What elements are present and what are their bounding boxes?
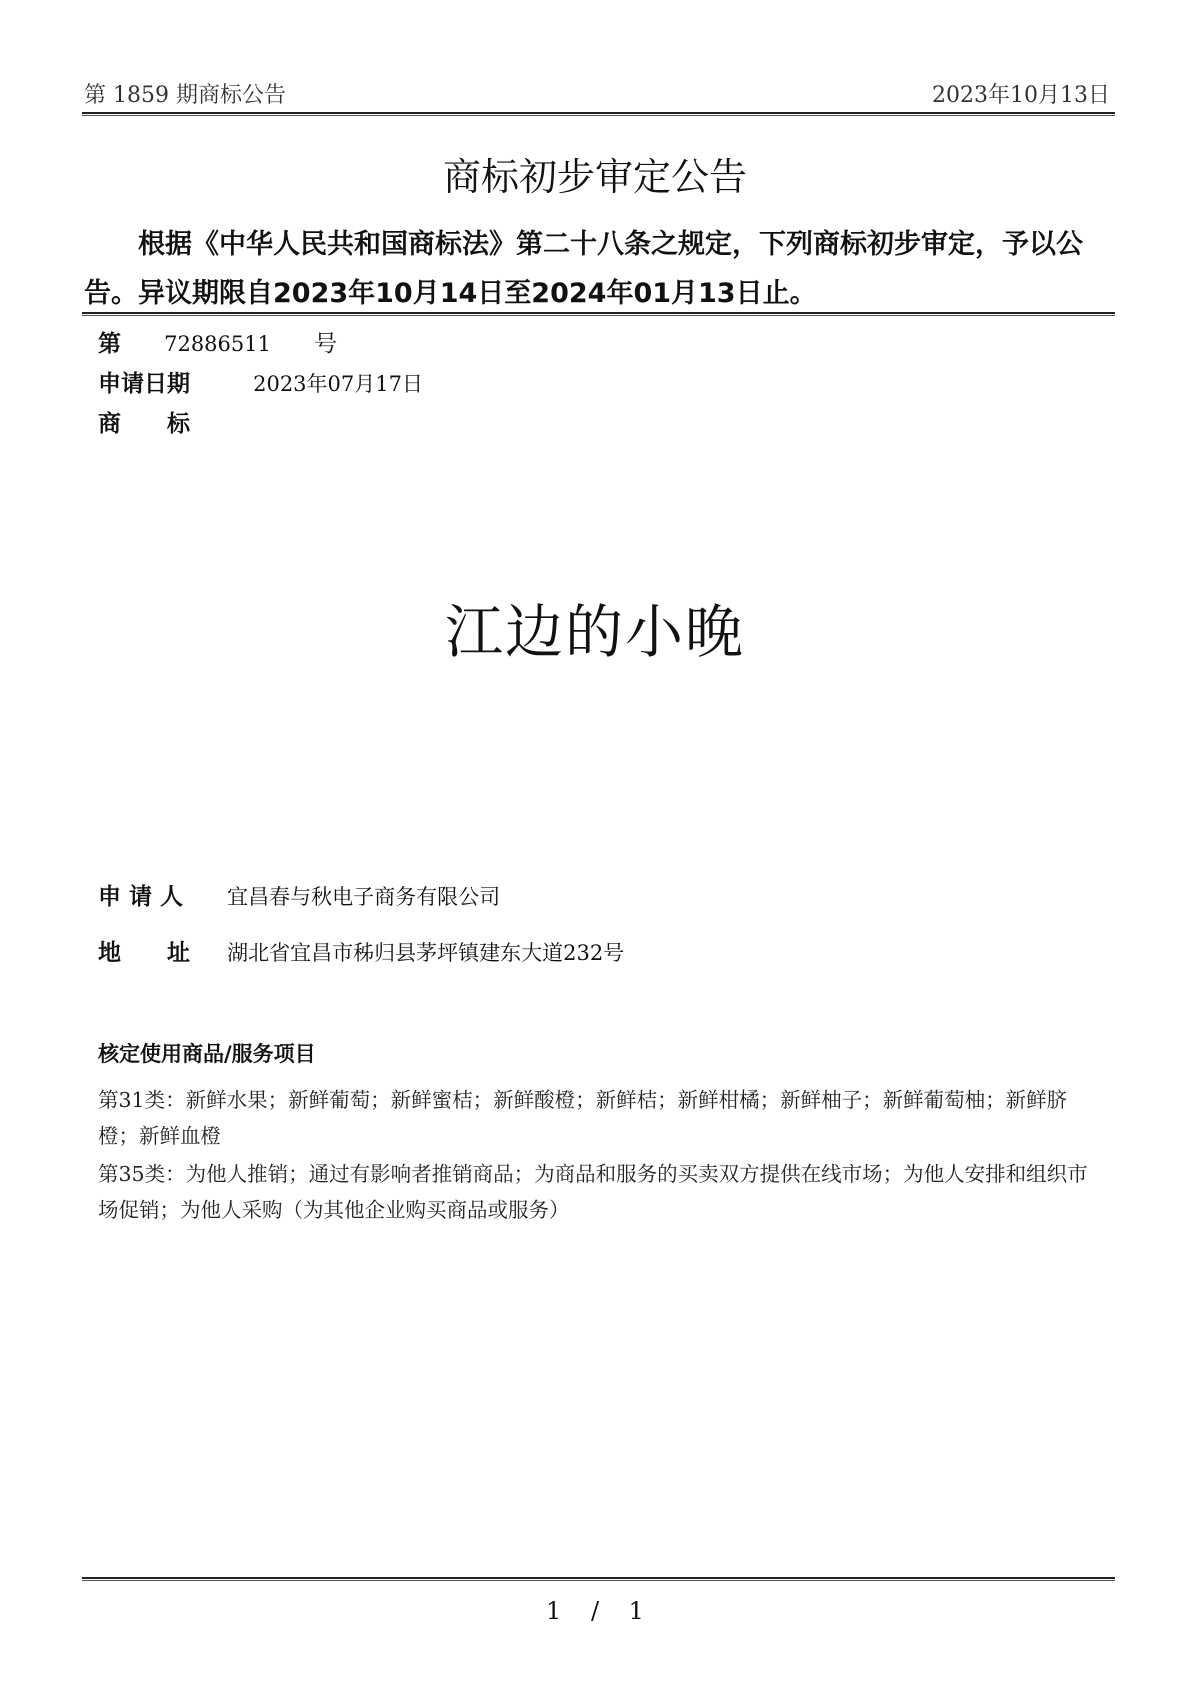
header-divider [82, 112, 1115, 116]
number-suffix: 号 [314, 331, 337, 357]
class-35-services: 第35类：为他人推销；通过有影响者推销商品；为商品和服务的买卖双方提供在线市场；… [98, 1156, 1108, 1228]
issue-number: 第 1859 期商标公告 [84, 78, 286, 109]
application-date-row: 申请日期 2023年07月17日 [98, 365, 423, 398]
applicant-name: 宜昌春与秋电子商务有限公司 [227, 885, 500, 909]
page-indicator: 1 / 1 [0, 1597, 1190, 1625]
address-row: 地 址 湖北省宜昌市秭归县茅坪镇建东大道232号 [98, 934, 624, 967]
header-date: 2023年10月13日 [932, 78, 1110, 109]
application-date: 2023年07月17日 [253, 372, 423, 396]
page-title: 商标初步审定公告 [0, 146, 1190, 201]
application-date-label: 申请日期 [98, 371, 190, 397]
trademark-label-row: 商 标 [98, 405, 190, 438]
goods-services-heading: 核定使用商品/服务项目 [98, 1038, 316, 1068]
footer-divider [82, 1577, 1115, 1581]
address-label: 地 址 [98, 934, 222, 967]
registration-number-row: 第 72886511 号 [98, 325, 337, 358]
intro-paragraph: 根据《中华人民共和国商标法》第二十八条之规定，下列商标初步审定，予以公告。异议期… [84, 220, 1114, 318]
section-divider [82, 312, 1115, 316]
number-prefix: 第 [98, 331, 121, 357]
registration-number: 72886511 [164, 332, 271, 356]
trademark-image-text: 江边的小晚 [0, 585, 1190, 669]
address-value: 湖北省宜昌市秭归县茅坪镇建东大道232号 [227, 941, 624, 965]
applicant-label: 申 请 人 [98, 878, 222, 911]
class-31-goods: 第31类：新鲜水果；新鲜葡萄；新鲜蜜桔；新鲜酸橙；新鲜桔；新鲜柑橘；新鲜柚子；新… [98, 1082, 1108, 1154]
applicant-row: 申 请 人 宜昌春与秋电子商务有限公司 [98, 878, 500, 911]
trademark-label: 商 标 [98, 411, 190, 437]
